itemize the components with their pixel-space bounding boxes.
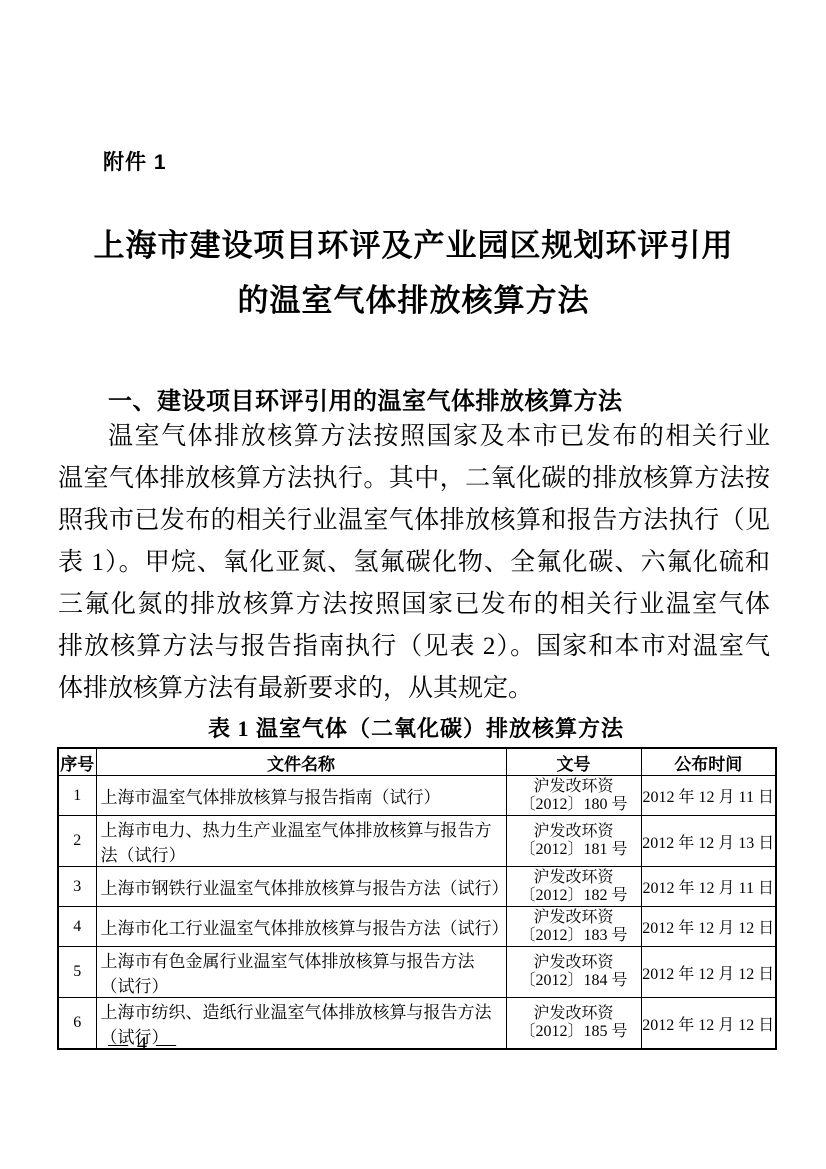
document-number-line1: 沪发改环资 [507,954,641,972]
document-number-line2: 〔2012〕185 号 [507,1023,641,1041]
document-number-line2: 〔2012〕183 号 [507,927,641,945]
document-number-line1: 沪发改环资 [507,823,641,841]
table-row: 4 上海市化工行业温室气体排放核算与报告方法（试行） 沪发改环资 〔2012〕1… [58,907,776,947]
paragraph-line: 温室气体排放核算方法执行。其中，二氧化碳的排放核算方法按 [58,458,770,500]
cell-publish-date: 2012 年 12 月 13 日 [641,816,776,867]
cell-document-number: 沪发改环资 〔2012〕180 号 [506,776,641,816]
document-number-line2: 〔2012〕184 号 [507,972,641,990]
paragraph-line: 照我市已发布的相关行业温室气体排放核算和报告方法执行（见 [58,500,770,542]
table-title: 表 1 温室气体（二氧化碳）排放核算方法 [57,712,775,743]
cell-publish-date: 2012 年 12 月 12 日 [641,947,776,998]
table-row: 2 上海市电力、热力生产业温室气体排放核算与报告方法（试行） 沪发改环资 〔20… [58,816,776,867]
table-row: 1 上海市温室气体排放核算与报告指南（试行） 沪发改环资 〔2012〕180 号… [58,776,776,816]
cell-document-name: 上海市电力、热力生产业温室气体排放核算与报告方法（试行） [96,816,506,867]
header-document-number: 文号 [506,748,641,776]
header-document-name: 文件名称 [96,748,506,776]
table-row: 5 上海市有色金属行业温室气体排放核算与报告方法（试行） 沪发改环资 〔2012… [58,947,776,998]
cell-document-number: 沪发改环资 〔2012〕183 号 [506,907,641,947]
document-number-line2: 〔2012〕180 号 [507,796,641,814]
cell-publish-date: 2012 年 12 月 11 日 [641,867,776,907]
cell-publish-date: 2012 年 12 月 12 日 [641,907,776,947]
document-number-line1: 沪发改环资 [507,1005,641,1023]
document-page: 附件 1 上海市建设项目环评及产业园区规划环评引用 的温室气体排放核算方法 一、… [0,0,826,1169]
emission-methods-table: 序号 文件名称 文号 公布时间 1 上海市温室气体排放核算与报告指南（试行） 沪… [57,747,777,1050]
cell-document-number: 沪发改环资 〔2012〕181 号 [506,816,641,867]
cell-document-name: 上海市有色金属行业温室气体排放核算与报告方法（试行） [96,947,506,998]
cell-document-name: 上海市温室气体排放核算与报告指南（试行） [96,776,506,816]
page-number: — 4 — [108,1033,178,1056]
document-number-line2: 〔2012〕182 号 [507,887,641,905]
paragraph-line: 排放核算方法与报告指南执行（见表 2）。国家和本市对温室气 [58,626,770,668]
cell-serial-number: 4 [58,907,96,947]
cell-serial-number: 3 [58,867,96,907]
document-title-line1: 上海市建设项目环评及产业园区规划环评引用 [57,218,770,273]
cell-serial-number: 5 [58,947,96,998]
table-row: 3 上海市钢铁行业温室气体排放核算与报告方法（试行） 沪发改环资 〔2012〕1… [58,867,776,907]
document-number-line1: 沪发改环资 [507,778,641,796]
cell-document-number: 沪发改环资 〔2012〕182 号 [506,867,641,907]
paragraph-line: 表 1）。甲烷、氧化亚氮、氢氟碳化物、全氟化碳、六氟化硫和 [58,542,770,584]
cell-document-number: 沪发改环资 〔2012〕185 号 [506,998,641,1050]
paragraph-line: 体排放核算方法有最新要求的，从其规定。 [58,668,770,710]
header-serial-number: 序号 [58,748,96,776]
cell-document-name: 上海市钢铁行业温室气体排放核算与报告方法（试行） [96,867,506,907]
paragraph-line: 温室气体排放核算方法按照国家及本市已发布的相关行业 [58,416,770,458]
body-paragraph: 温室气体排放核算方法按照国家及本市已发布的相关行业 温室气体排放核算方法执行。其… [58,416,770,710]
section-heading: 一、建设项目环评引用的温室气体排放核算方法 [108,381,623,416]
table-header-row: 序号 文件名称 文号 公布时间 [58,748,776,776]
cell-serial-number: 6 [58,998,96,1050]
document-title-line2: 的温室气体排放核算方法 [57,273,770,328]
header-publish-date: 公布时间 [641,748,776,776]
attachment-label: 附件 1 [103,146,167,176]
cell-serial-number: 2 [58,816,96,867]
cell-serial-number: 1 [58,776,96,816]
document-title: 上海市建设项目环评及产业园区规划环评引用 的温室气体排放核算方法 [57,218,770,328]
document-number-line2: 〔2012〕181 号 [507,841,641,859]
paragraph-line: 三氟化氮的排放核算方法按照国家已发布的相关行业温室气体 [58,584,770,626]
document-number-line1: 沪发改环资 [507,869,641,887]
cell-publish-date: 2012 年 12 月 11 日 [641,776,776,816]
document-number-line1: 沪发改环资 [507,909,641,927]
cell-document-name: 上海市化工行业温室气体排放核算与报告方法（试行） [96,907,506,947]
cell-document-number: 沪发改环资 〔2012〕184 号 [506,947,641,998]
cell-publish-date: 2012 年 12 月 12 日 [641,998,776,1050]
